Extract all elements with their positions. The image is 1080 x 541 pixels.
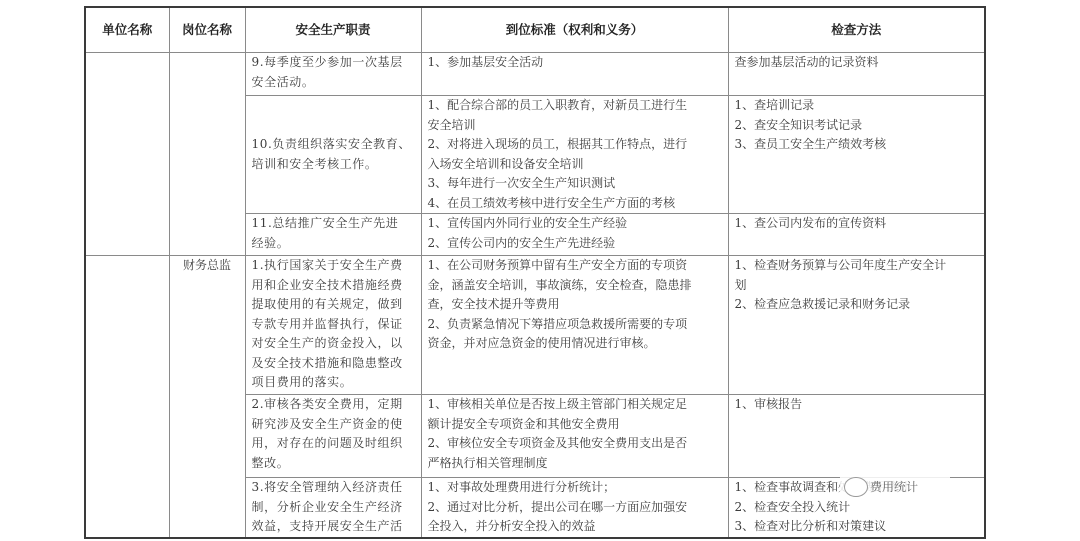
duty-cell: 9.每季度至少参加一次基层 安全活动。: [245, 53, 421, 96]
duty-cell: 10.负责组织落实安全教育、 培训和安全考核工作。: [245, 96, 421, 214]
standard-cell: 1、参加基层安全活动: [421, 53, 728, 96]
standard-cell: 1、在公司财务预算中留有生产安全方面的专项资 金，涵盖安全培训，事故演练，安全检…: [421, 256, 728, 395]
header-standard: 到位标准（权利和义务）: [421, 7, 728, 53]
header-unit-name: 单位名称: [85, 7, 169, 53]
table-header-row: 单位名称 岗位名称 安全生产职责 到位标准（权利和义务） 检查方法: [85, 7, 985, 53]
header-check-method: 检查方法: [728, 7, 985, 53]
standard-cell: 1、配合综合部的员工入职教育，对新员工进行生 安全培训 2、对将进入现场的员工，…: [421, 96, 728, 214]
duty-cell: 2.审核各类安全费用，定期 研究涉及安全生产资金的使 用，对存在的问题及时组织 …: [245, 395, 421, 478]
check-cell: 1、审核报告: [728, 395, 985, 478]
safety-responsibility-table: 单位名称 岗位名称 安全生产职责 到位标准（权利和义务） 检查方法 9.每季度至…: [84, 6, 986, 539]
standard-cell: 1、对事故处理费用进行分析统计； 2、通过对比分析，提出公司在哪一方面应加强安 …: [421, 478, 728, 538]
standard-cell: 1、审核相关单位是否按上级主管部门相关规定足 额计提安全专项资金和其他安全费用 …: [421, 395, 728, 478]
check-cell: 1、查培训记录 2、查安全知识考试记录 3、查员工安全生产绩效考核: [728, 96, 985, 214]
unit-cell: [85, 256, 169, 538]
document-page: 单位名称 岗位名称 安全生产职责 到位标准（权利和义务） 检查方法 9.每季度至…: [0, 0, 1080, 541]
check-cell: 查参加基层活动的记录资料: [728, 53, 985, 96]
standard-cell: 1、宣传国内外同行业的安全生产经验 2、宣传公司内的安全生产先进经验: [421, 214, 728, 256]
check-cell: 1、查公司内发布的宣传资料: [728, 214, 985, 256]
check-cell: 1、检查财务预算与公司年度生产安全计 划 2、检查应急救援记录和财务记录: [728, 256, 985, 395]
wechat-bubble-icon: [844, 477, 868, 497]
table-row: 财务总监 1.执行国家关于安全生产费 用和企业安全技术措施经费 提取使用的有关规…: [85, 256, 985, 395]
duty-cell: 11.总结推广安全生产先进 经验。: [245, 214, 421, 256]
header-position-name: 岗位名称: [169, 7, 245, 53]
position-cell-cfo: 财务总监: [169, 256, 245, 538]
wechat-watermark: 费用统计: [840, 475, 950, 501]
position-cell: [169, 53, 245, 256]
unit-cell: [85, 53, 169, 256]
duty-cell: 1.执行国家关于安全生产费 用和企业安全技术措施经费 提取使用的有关规定，做到 …: [245, 256, 421, 395]
watermark-text: 费用统计: [870, 478, 918, 495]
duty-cell: 3.将安全管理纳入经济责任 制，分析企业安全生产经济 效益，支持开展安全生产活: [245, 478, 421, 538]
header-safety-duty: 安全生产职责: [245, 7, 421, 53]
table-row: 9.每季度至少参加一次基层 安全活动。 1、参加基层安全活动 查参加基层活动的记…: [85, 53, 985, 96]
